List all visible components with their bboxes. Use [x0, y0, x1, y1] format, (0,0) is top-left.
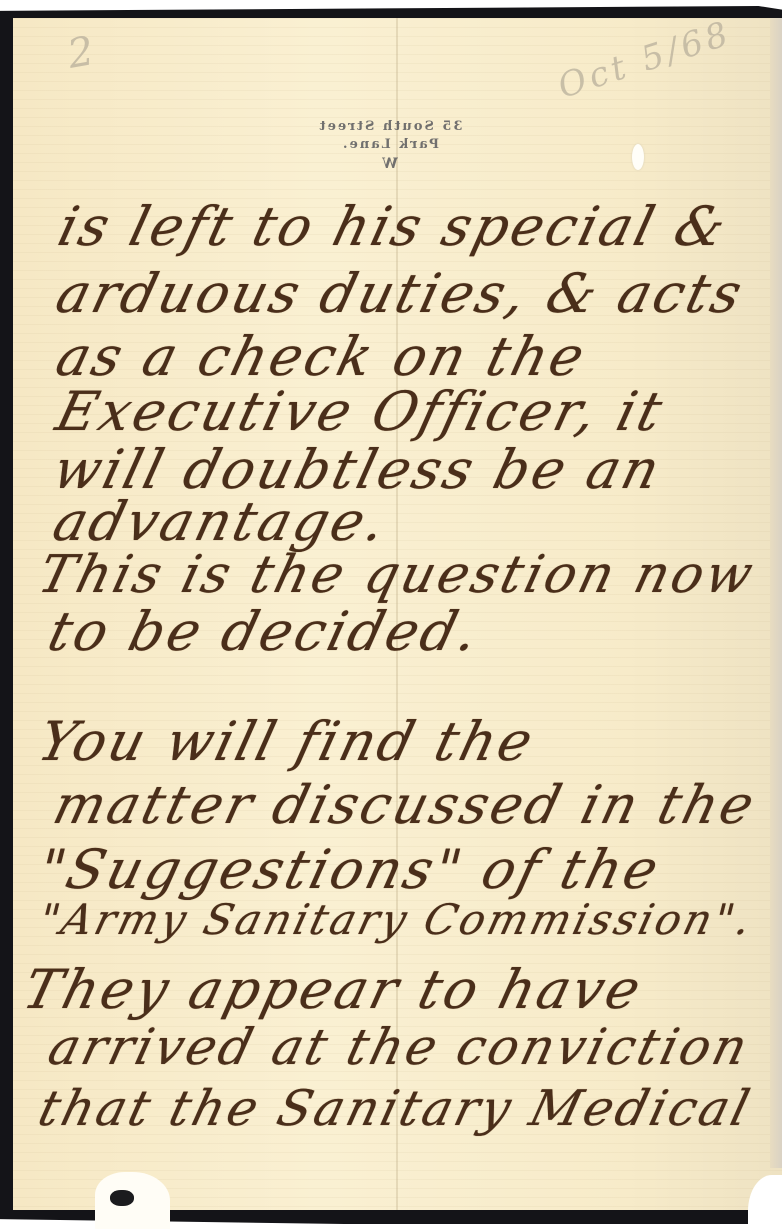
- body-line: arduous duties, & acts: [50, 262, 751, 325]
- body-line: "Army Sanitary Commission".: [34, 895, 759, 944]
- body-line: "Suggestions" of the: [32, 838, 667, 901]
- letterhead-district: W: [290, 154, 490, 174]
- body-line: They appear to have: [17, 958, 649, 1021]
- letterhead-street: 35 South Street: [290, 118, 490, 136]
- body-line: to be decided.: [42, 600, 487, 663]
- body-line: This is the question now: [33, 545, 762, 605]
- body-line: is left to his special &: [52, 195, 735, 258]
- letterhead-area: Park Lane.: [290, 136, 490, 154]
- body-line: arrived at the conviction: [43, 1018, 756, 1076]
- paper-right-edge: [770, 18, 782, 1168]
- body-line: as a check on the: [50, 325, 593, 388]
- body-line: Executive Officer, it: [50, 380, 671, 443]
- paper-hole: [632, 144, 644, 170]
- body-line: matter discussed in the: [47, 775, 762, 836]
- torn-hole: [110, 1190, 134, 1206]
- body-line: that the Sanitary Medical: [33, 1080, 758, 1137]
- embossed-letterhead: 35 South Street Park Lane. W: [290, 118, 490, 174]
- body-line: You will find the: [32, 710, 542, 773]
- body-line: advantage.: [47, 490, 395, 553]
